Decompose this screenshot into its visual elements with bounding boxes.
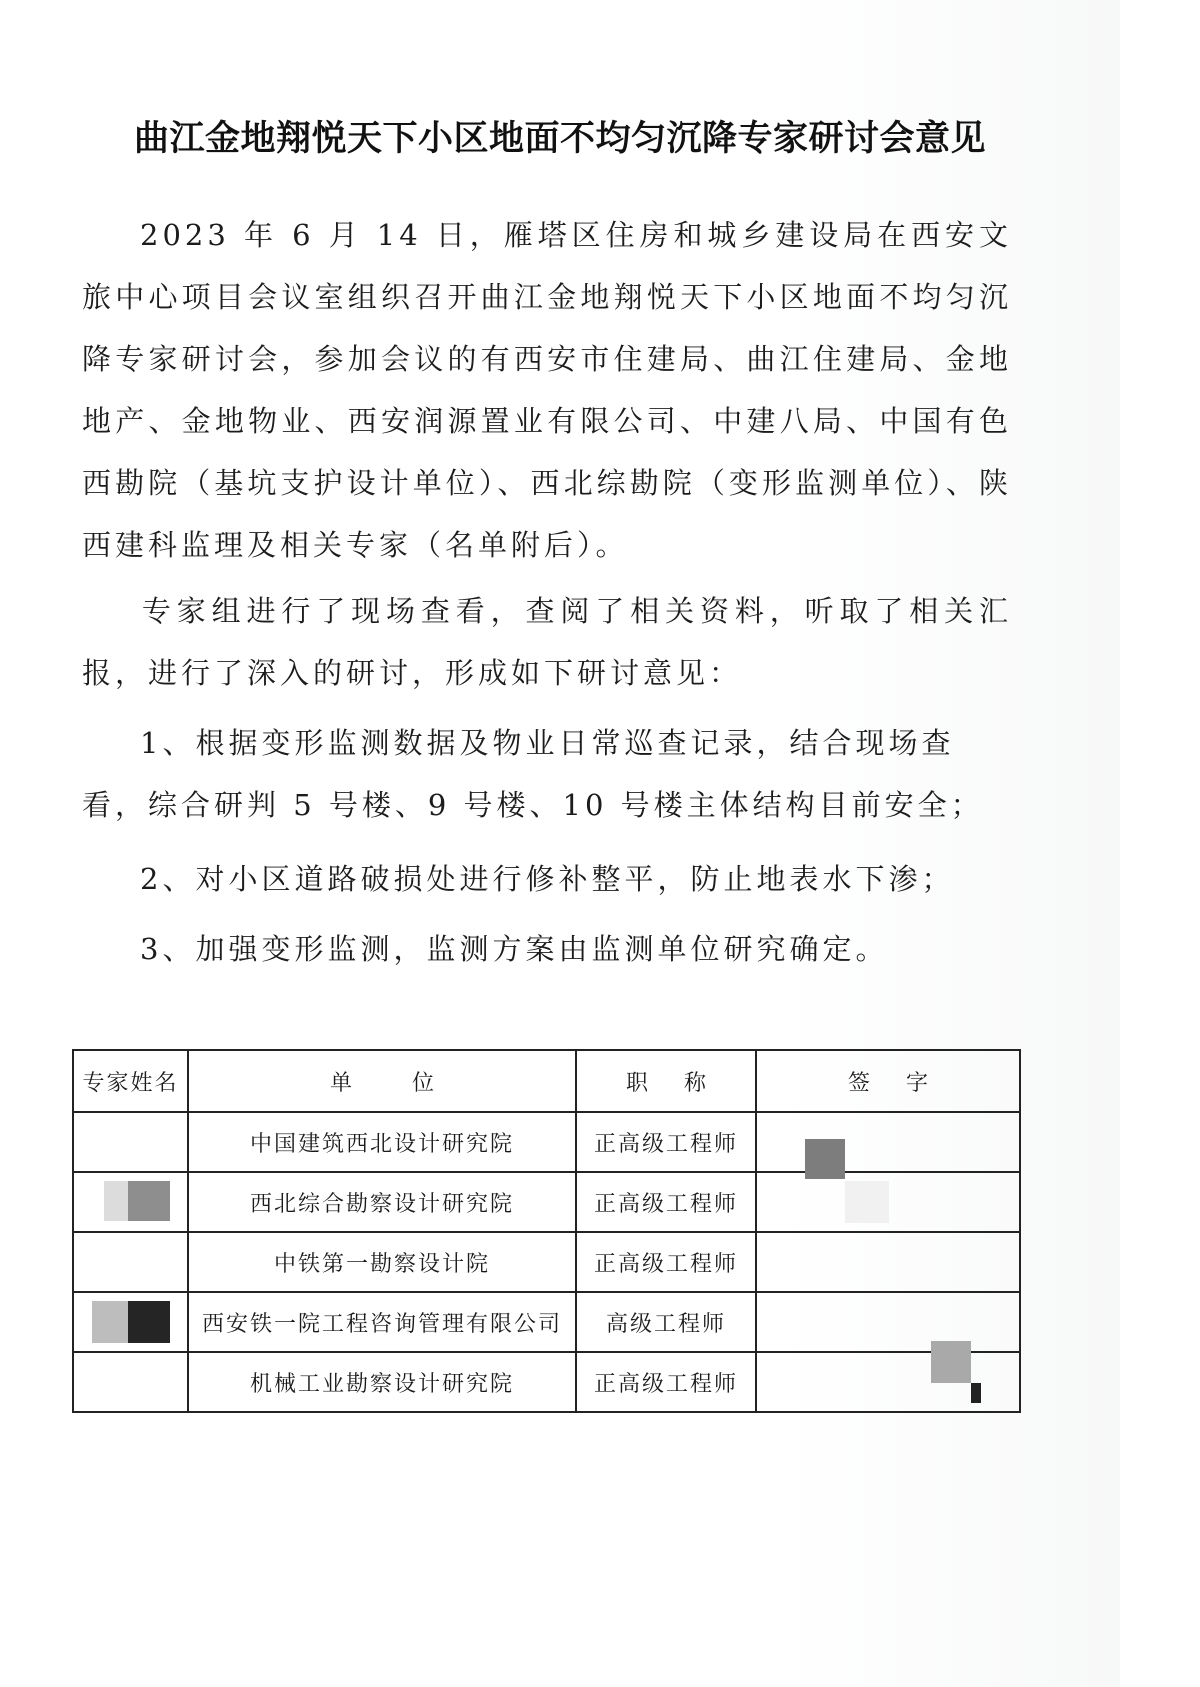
redacted-signature [931, 1341, 971, 1383]
opinion-item-1: 1、根据变形监测数据及物业日常巡查记录，结合现场查看，综合研判 5 号楼、9 号… [82, 712, 1012, 836]
redacted-name [128, 1301, 170, 1343]
unit-cell: 机械工业勘察设计研究院 [188, 1352, 576, 1412]
table-row: 中铁第一勘察设计院 正高级工程师 [73, 1232, 1020, 1292]
header-unit-label: 单位 [270, 1071, 494, 1096]
unit-cell: 中国建筑西北设计研究院 [188, 1112, 576, 1172]
title-cell: 正高级工程师 [576, 1172, 756, 1232]
header-expert-name: 专家姓名 [73, 1050, 188, 1112]
redacted-name [92, 1301, 128, 1343]
opinion-text-2: 2、对小区道路破损处进行修补整平，防止地表水下渗； [140, 862, 954, 896]
header-signature: 签字 [756, 1050, 1020, 1112]
expert-name-cell [73, 1352, 188, 1412]
expert-name-cell [73, 1232, 188, 1292]
table-row: 西安铁一院工程咨询管理有限公司 高级工程师 [73, 1292, 1020, 1352]
table-row: 中国建筑西北设计研究院 正高级工程师 [73, 1112, 1020, 1172]
redacted-signature [971, 1383, 981, 1403]
table-row: 西北综合勘察设计研究院 正高级工程师 [73, 1172, 1020, 1232]
signature-cell [756, 1352, 1020, 1412]
signature-cell [756, 1292, 1020, 1352]
expert-name-cell [73, 1112, 188, 1172]
signature-cell [756, 1172, 1020, 1232]
redacted-signature [845, 1181, 889, 1223]
expert-list-table: 专家姓名 单位 职称 签字 中国建筑西北设计研究院 正高级工程师 西北综合勘察设… [72, 1049, 1021, 1413]
table-header-row: 专家姓名 单位 职称 签字 [73, 1050, 1020, 1112]
unit-cell: 西北综合勘察设计研究院 [188, 1172, 576, 1232]
unit-cell: 中铁第一勘察设计院 [188, 1232, 576, 1292]
opinion-text-3: 3、加强变形监测，监测方案由监测单位研究确定。 [140, 932, 888, 966]
process-paragraph: 专家组进行了现场查看，查阅了相关资料，听取了相关汇报，进行了深入的研讨，形成如下… [82, 580, 1012, 704]
title-cell: 正高级工程师 [576, 1352, 756, 1412]
title-cell: 正高级工程师 [576, 1232, 756, 1292]
process-paragraph-text: 专家组进行了现场查看，查阅了相关资料，听取了相关汇报，进行了深入的研讨，形成如下… [82, 594, 1012, 690]
intro-paragraph: 2023 年 6 月 14 日，雁塔区住房和城乡建设局在西安文旅中心项目会议室组… [82, 204, 1012, 576]
title-cell: 正高级工程师 [576, 1112, 756, 1172]
document-page: 曲江金地翔悦天下小区地面不均匀沉降专家研讨会意见 2023 年 6 月 14 日… [0, 0, 1120, 1687]
header-title-label: 职称 [590, 1071, 742, 1096]
intro-paragraph-text: 2023 年 6 月 14 日，雁塔区住房和城乡建设局在西安文旅中心项目会议室组… [82, 218, 1012, 562]
redacted-name [104, 1181, 128, 1221]
document-title: 曲江金地翔悦天下小区地面不均匀沉降专家研讨会意见 [0, 111, 1120, 161]
title-cell: 高级工程师 [576, 1292, 756, 1352]
header-title: 职称 [576, 1050, 756, 1112]
table-row: 机械工业勘察设计研究院 正高级工程师 [73, 1352, 1020, 1412]
opinion-text-1: 1、根据变形监测数据及物业日常巡查记录，结合现场查看，综合研判 5 号楼、9 号… [82, 726, 984, 822]
opinion-item-2: 2、对小区道路破损处进行修补整平，防止地表水下渗； [82, 848, 1012, 910]
expert-name-cell [73, 1292, 188, 1352]
signature-cell [756, 1232, 1020, 1292]
expert-name-cell [73, 1172, 188, 1232]
header-unit: 单位 [188, 1050, 576, 1112]
redacted-name [128, 1181, 170, 1221]
unit-cell: 西安铁一院工程咨询管理有限公司 [188, 1292, 576, 1352]
signature-cell [756, 1112, 1020, 1172]
opinion-item-3: 3、加强变形监测，监测方案由监测单位研究确定。 [82, 918, 1012, 980]
header-signature-label: 签字 [812, 1071, 964, 1096]
